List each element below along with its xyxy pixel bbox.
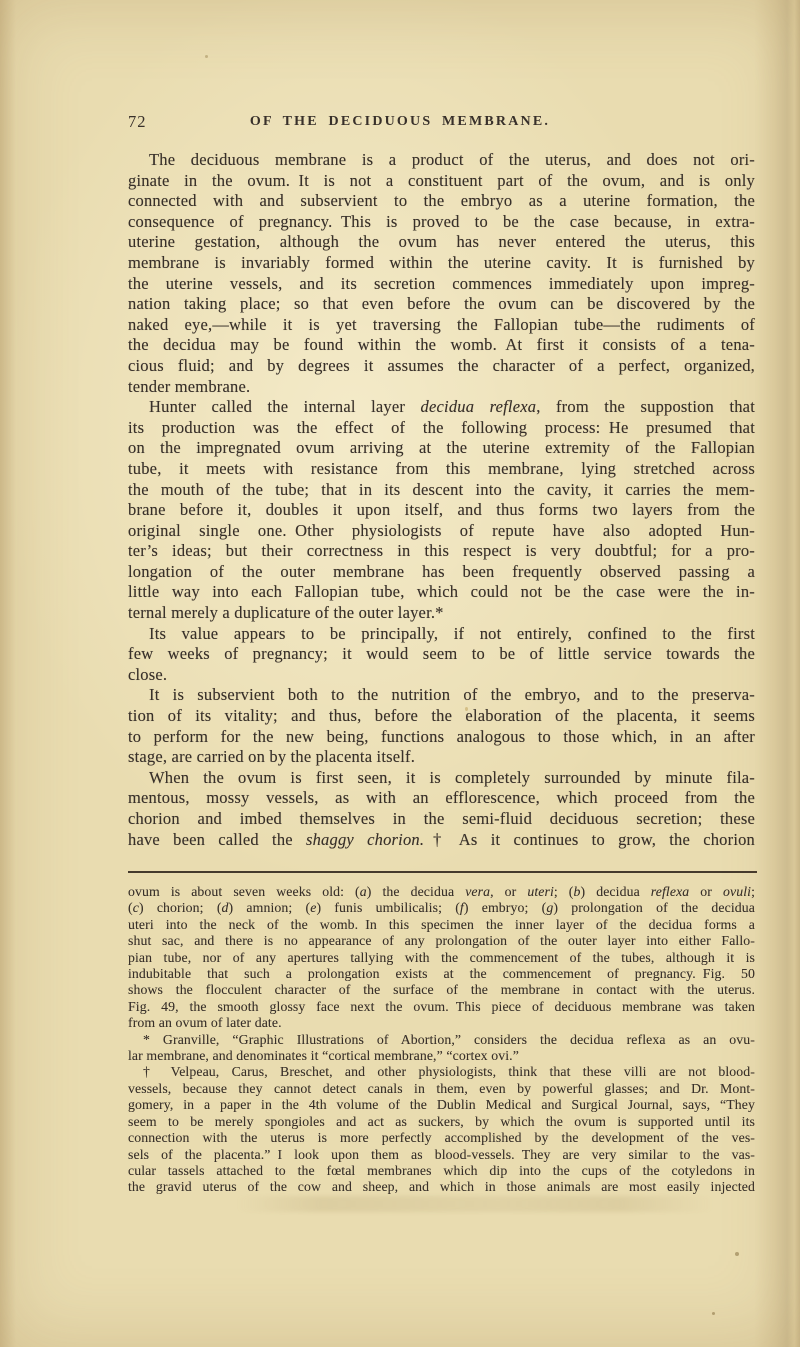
text-line: vessels, because they cannot detect cana… — [128, 1081, 755, 1097]
footnote-text: ovum is about seven weeks old: (a) the d… — [128, 884, 755, 1196]
text-line: shows the flocculent character of the su… — [128, 982, 755, 998]
paragraph: The deciduous membrane is a product of t… — [128, 150, 755, 397]
text-line: cious fluid; and by degrees it assumes t… — [128, 356, 755, 377]
text-line: ginate in the ovum. It is not a constitu… — [128, 171, 755, 192]
text-line: chorion and imbed themselves in the semi… — [128, 809, 755, 830]
text-line: * Granville, “Graphic Illustrations of A… — [128, 1032, 755, 1048]
text-line: little way into each Fallopian tube, whi… — [128, 582, 755, 603]
text-line: consequence of pregnancy. This is proved… — [128, 212, 755, 233]
page-edge-shading-left — [0, 0, 16, 1347]
text-line: (c) chorion; (d) amnion; (e) funis umbil… — [128, 900, 755, 916]
text-line: membrane is invariably formed within the… — [128, 253, 755, 274]
text-line: connected with and subservient to the em… — [128, 191, 755, 212]
text-line: ternal merely a duplicature of the outer… — [128, 603, 755, 624]
text-line: uterine gestation, although the ovum has… — [128, 232, 755, 253]
text-line: stage, are carried on by the placenta it… — [128, 747, 755, 768]
body-text: The deciduous membrane is a product of t… — [128, 150, 755, 850]
text-line: † Velpeau, Carus, Breschet, and other ph… — [128, 1064, 755, 1080]
text-line: its production was the effect of the fol… — [128, 418, 755, 439]
text-line: Hunter called the internal layer decidua… — [128, 397, 755, 418]
text-line: close. — [128, 665, 755, 686]
text-line: indubitable that such a prolongation exi… — [128, 966, 755, 982]
show-through-ghost — [235, 1196, 715, 1212]
running-head: OF THE DECIDUOUS MEMBRANE. — [0, 114, 800, 130]
text-line: The deciduous membrane is a product of t… — [128, 150, 755, 171]
page-edge-shading-right — [754, 0, 800, 1347]
text-line: tube, it meets with resistance from this… — [128, 459, 755, 480]
text-line: from an ovum of later date. — [128, 1015, 755, 1031]
text-line: tender membrane. — [128, 377, 755, 398]
text-line: sels of the placenta.” I look upon them … — [128, 1147, 755, 1163]
text-line: the gravid uterus of the cow and sheep, … — [128, 1179, 755, 1195]
paragraph: Its value appears to be principally, if … — [128, 624, 755, 686]
paragraph: It is subservient both to the nutrition … — [128, 685, 755, 767]
text-line: the uterine vessels, and its secretion c… — [128, 274, 755, 295]
text-line: to perform for the new being, functions … — [128, 727, 755, 748]
text-line: gomery, in a paper in the 4th volume of … — [128, 1097, 755, 1113]
text-line: tion of its vitality; and thus, before t… — [128, 706, 755, 727]
paper-speck — [205, 55, 208, 58]
text-line: the mouth of the tube; that in its desce… — [128, 480, 755, 501]
text-line: original single one. Other physiologists… — [128, 521, 755, 542]
text-line: shut sac, and there is no appearance of … — [128, 933, 755, 949]
footnote-separator-rule — [128, 871, 757, 873]
text-line: lar membrane, and denominates it “cortic… — [128, 1048, 755, 1064]
text-line: mentous, mossy vessels, as with an efflo… — [128, 788, 755, 809]
paper-speck — [735, 1252, 739, 1256]
text-line: ter’s ideas; but their correctness in th… — [128, 541, 755, 562]
paragraph: * Granville, “Graphic Illustrations of A… — [128, 1032, 755, 1065]
text-line: cular tassels attached to the fœtal memb… — [128, 1163, 755, 1179]
paragraph: ovum is about seven weeks old: (a) the d… — [128, 884, 755, 1032]
text-line: the decidua may be found within the womb… — [128, 335, 755, 356]
text-line: have been called the shaggy chorion.† As… — [128, 830, 755, 851]
text-line: ovum is about seven weeks old: (a) the d… — [128, 884, 755, 900]
text-line: Its value appears to be principally, if … — [128, 624, 755, 645]
text-line: few weeks of pregnancy; it would seem to… — [128, 644, 755, 665]
book-page: 72 OF THE DECIDUOUS MEMBRANE. The decidu… — [0, 0, 800, 1347]
paragraph: When the ovum is first seen, it is compl… — [128, 768, 755, 850]
text-line: longation of the outer membrane has been… — [128, 562, 755, 583]
paragraph: † Velpeau, Carus, Breschet, and other ph… — [128, 1064, 755, 1195]
text-line: on the impregnated ovum arriving at the … — [128, 438, 755, 459]
text-line: brane before it, doubles it upon itself,… — [128, 500, 755, 521]
text-line: nation taking place; so that even before… — [128, 294, 755, 315]
text-line: naked eye,—while it is yet traversing th… — [128, 315, 755, 336]
text-line: connection with the uterus is more perfe… — [128, 1130, 755, 1146]
text-line: seem to be merely spongioles and act as … — [128, 1114, 755, 1130]
paragraph: Hunter called the internal layer decidua… — [128, 397, 755, 624]
text-line: It is subservient both to the nutrition … — [128, 685, 755, 706]
text-line: When the ovum is first seen, it is compl… — [128, 768, 755, 789]
text-line: pian tube, nor of any apertures tallying… — [128, 950, 755, 966]
text-line: uteri into the neck of the womb. In this… — [128, 917, 755, 933]
text-line: Fig. 49, the smooth glossy face next the… — [128, 999, 755, 1015]
paper-speck — [712, 1312, 715, 1315]
